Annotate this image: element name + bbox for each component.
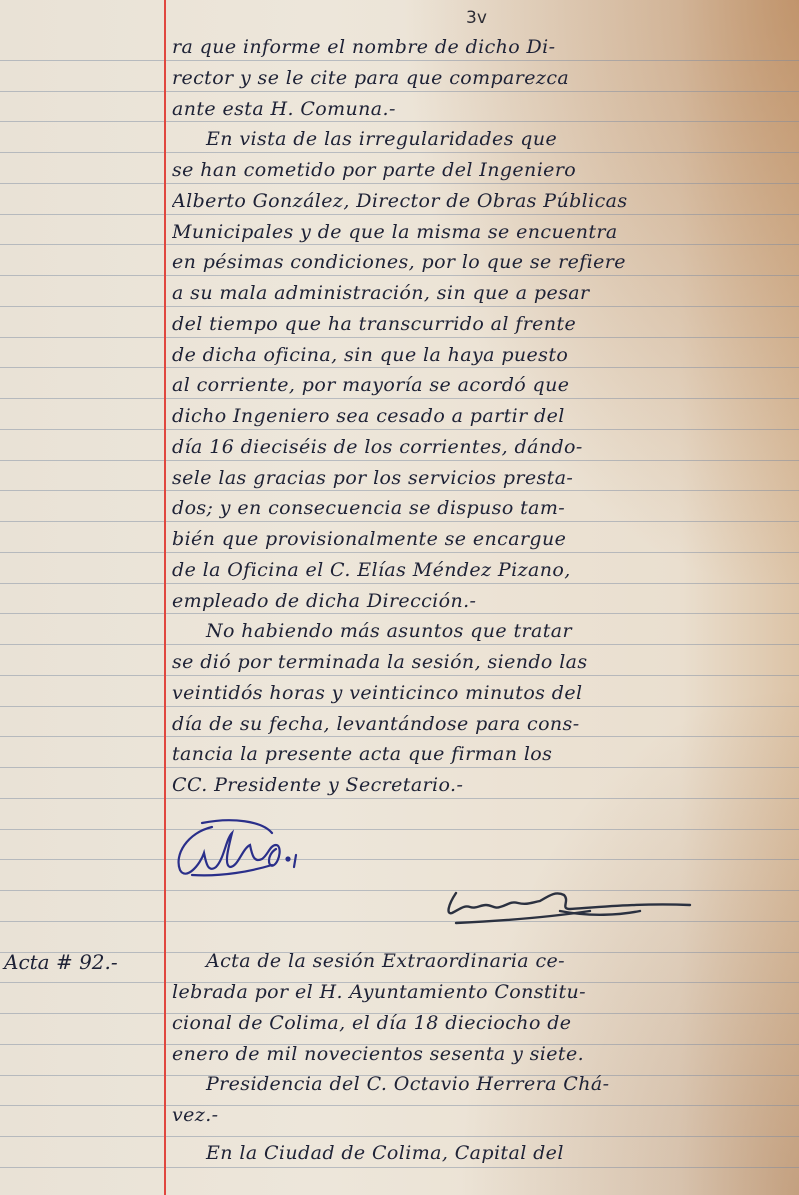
- body-line: de la Oficina el C. Elías Méndez Pizano,: [172, 559, 791, 581]
- red-margin-line: [164, 0, 166, 1195]
- rule-line: [0, 244, 799, 245]
- body-line: al corriente, por mayoría se acordó que: [172, 374, 791, 396]
- body-line: Municipales y de que la misma se encuent…: [172, 221, 791, 243]
- act-number-label: Acta # 92.-: [4, 950, 118, 974]
- rule-line: [0, 306, 799, 307]
- body-line: ante esta H. Comuna.-: [172, 98, 791, 120]
- next-act-line: En la Ciudad de Colima, Capital del: [172, 1142, 791, 1164]
- body-line: tancia la presente acta que firman los: [172, 743, 791, 765]
- body-line: dicho Ingeniero sea cesado a partir del: [172, 405, 791, 427]
- body-line: CC. Presidente y Secretario.-: [172, 774, 791, 796]
- rule-line: [0, 367, 799, 368]
- body-line: Alberto González, Director de Obras Públ…: [172, 190, 791, 212]
- rule-line: [0, 429, 799, 430]
- body-line: del tiempo que ha transcurrido al frente: [172, 313, 791, 335]
- body-line: de dicha oficina, sin que la haya puesto: [172, 344, 791, 366]
- ledger-page: 3v ra que informe el nombre de dicho Di-…: [0, 0, 799, 1195]
- next-act-line: cional de Colima, el día 18 dieciocho de: [172, 1012, 791, 1034]
- body-line: ra que informe el nombre de dicho Di-: [172, 36, 791, 58]
- rule-line: [0, 798, 799, 799]
- body-line: día 16 dieciséis de los corrientes, dánd…: [172, 436, 791, 458]
- body-line: En vista de las irregularidades que: [172, 128, 791, 150]
- next-act-line: lebrada por el H. Ayuntamiento Constitu-: [172, 981, 791, 1003]
- rule-line: [0, 767, 799, 768]
- body-line: No habiendo más asuntos que tratar: [172, 620, 791, 642]
- next-act-line: Acta de la sesión Extraordinaria ce-: [172, 950, 791, 972]
- next-act-line: vez.-: [172, 1104, 791, 1126]
- rule-line: [0, 152, 799, 153]
- rule-line: [0, 736, 799, 737]
- rule-line: [0, 583, 799, 584]
- body-line: rector y se le cite para que comparezca: [172, 67, 791, 89]
- rule-line: [0, 829, 799, 830]
- body-line: sele las gracias por los servicios prest…: [172, 467, 791, 489]
- rule-line: [0, 490, 799, 491]
- rule-line: [0, 91, 799, 92]
- body-line: bién que provisionalmente se encargue: [172, 528, 791, 550]
- rule-line: [0, 613, 799, 614]
- body-line: se han cometido por parte del Ingeniero: [172, 159, 791, 181]
- rule-line: [0, 275, 799, 276]
- rule-line: [0, 644, 799, 645]
- rule-line: [0, 398, 799, 399]
- rule-line: [0, 521, 799, 522]
- rule-line: [0, 121, 799, 122]
- body-line: día de su fecha, levantándose para cons-: [172, 713, 791, 735]
- rule-line: [0, 337, 799, 338]
- page-number: 3v: [466, 8, 487, 28]
- body-line: veintidós horas y veinticinco minutos de…: [172, 682, 791, 704]
- body-line: a su mala administración, sin que a pesa…: [172, 282, 791, 304]
- body-line: dos; y en consecuencia se dispuso tam-: [172, 497, 791, 519]
- rule-line: [0, 183, 799, 184]
- next-act-line: Presidencia del C. Octavio Herrera Chá-: [172, 1073, 791, 1095]
- rule-line: [0, 1167, 799, 1168]
- secretary-signature: [440, 875, 700, 935]
- rule-line: [0, 460, 799, 461]
- body-line: empleado de dicha Dirección.-: [172, 590, 791, 612]
- rule-line: [0, 859, 799, 860]
- rule-line: [0, 60, 799, 61]
- body-line: en pésimas condiciones, por lo que se re…: [172, 251, 791, 273]
- body-line: se dió por terminada la sesión, siendo l…: [172, 651, 791, 673]
- rule-line: [0, 1136, 799, 1137]
- rule-line: [0, 706, 799, 707]
- rule-line: [0, 214, 799, 215]
- next-act-line: enero de mil novecientos sesenta y siete…: [172, 1043, 791, 1065]
- president-signature: [172, 815, 332, 885]
- rule-line: [0, 675, 799, 676]
- rule-line: [0, 552, 799, 553]
